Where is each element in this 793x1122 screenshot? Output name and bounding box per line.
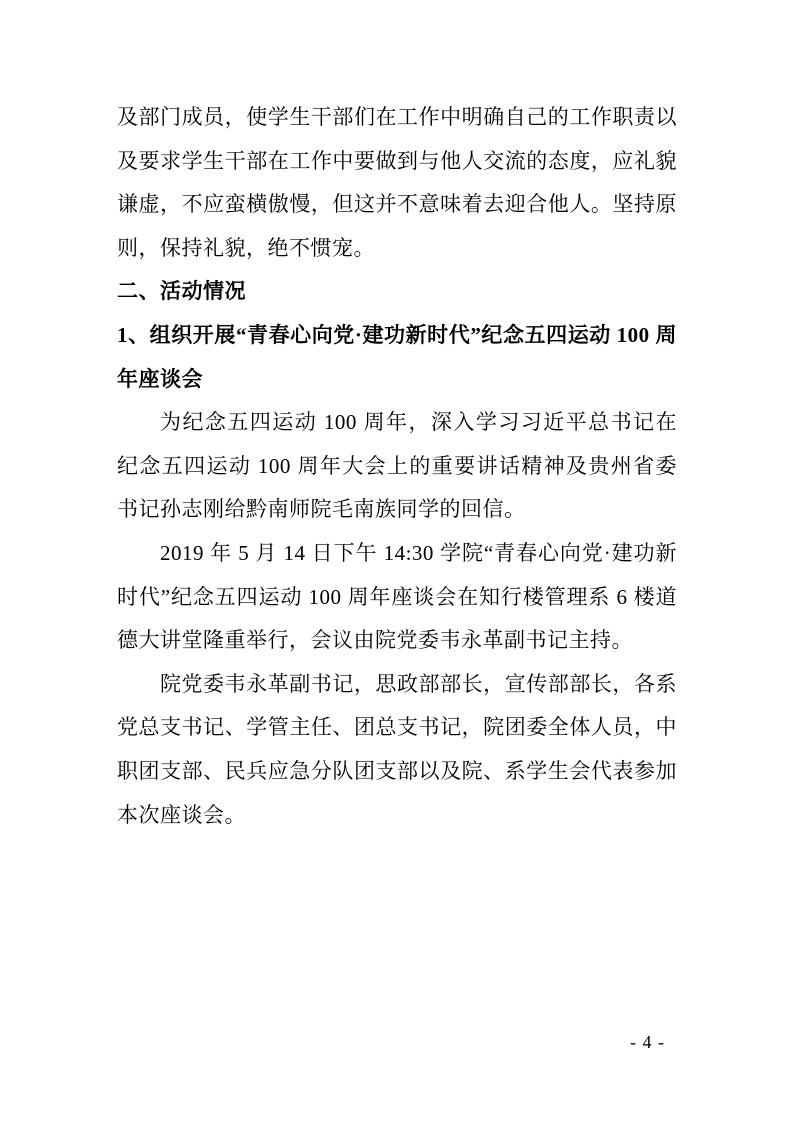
paragraph-attendees: 院党委韦永革副书记，思政部部长，宣传部部长，各系党总支书记、学管主任、团总支书记… (117, 663, 677, 837)
paragraph-event-details: 2019 年 5 月 14 日下午 14:30 学院“青春心向党·建功新时代”纪… (117, 532, 677, 663)
item-heading: 1、组织开展“青春心向党·建功新时代”纪念五四运动 100 周年座谈会 (117, 314, 677, 401)
paragraph-commemoration: 为纪念五四运动 100 周年，深入学习习近平总书记在纪念五四运动 100 周年大… (117, 401, 677, 532)
document-body: 及部门成员，使学生干部们在工作中明确自己的工作职责以及要求学生干部在工作中要做到… (117, 96, 677, 837)
document-page: 及部门成员，使学生干部们在工作中明确自己的工作职责以及要求学生干部在工作中要做到… (0, 0, 793, 1122)
page-number: - 4 - (117, 1031, 665, 1053)
paragraph-continuation: 及部门成员，使学生干部们在工作中明确自己的工作职责以及要求学生干部在工作中要做到… (117, 96, 677, 270)
section-heading: 二、活动情况 (117, 270, 677, 314)
